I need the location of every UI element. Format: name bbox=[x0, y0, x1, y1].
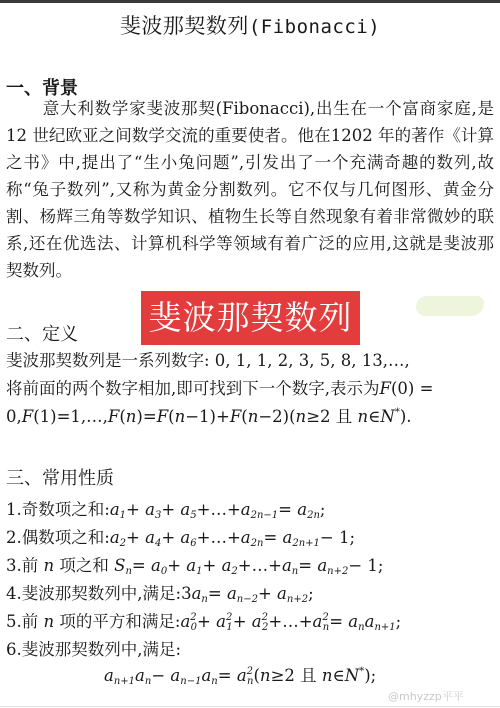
definition-line-3: 0,F(1)=1,…,F(n)=F(n−1)+F(n−2)(n≥2 且 n∈N*… bbox=[6, 403, 412, 427]
background-paragraph: 意大利数学家斐波那契(Fibonacci),出生在一个富商家庭,是12 世纪欧亚… bbox=[6, 95, 494, 284]
background-text: 意大利数学家斐波那契(Fibonacci),出生在一个富商家庭,是12 世纪欧亚… bbox=[6, 99, 494, 280]
top-border bbox=[0, 0, 500, 3]
definition-line-1: 斐波那契数列是一系列数字: 0, 1, 1, 2, 3, 5, 8, 13,…, bbox=[6, 347, 410, 371]
property-5: 5.前 n 项的平方和满足:a20+ a21+ a22+…+a2n= anan+… bbox=[6, 608, 401, 633]
section-heading-definition: 二、定义 bbox=[6, 320, 78, 346]
title-chinese: 斐波那契数列 bbox=[120, 14, 249, 38]
watermark: @mhyzzp平平 bbox=[388, 688, 464, 704]
property-4: 4.斐波那契数列中,满足:3an= an−2+ an+2; bbox=[6, 580, 314, 605]
page-title: 斐波那契数列(Fibonacci) bbox=[0, 10, 500, 40]
property-6-label: 6.斐波那契数列中,满足: bbox=[6, 636, 181, 660]
section-heading-properties: 三、常用性质 bbox=[6, 464, 114, 490]
property-3: 3.前 n 项之和 Sn= a0+ a1+ a2+…+an= an+2− 1; bbox=[6, 552, 384, 577]
property-6-formula: an+1an− an−1an= a2n(n≥2 且 n∈N*); bbox=[104, 662, 376, 687]
title-latin: (Fibonacci) bbox=[249, 16, 380, 38]
highlight-mark bbox=[416, 296, 484, 316]
bottom-border bbox=[0, 706, 500, 707]
definition-line-2: 将前面的两个数字相加,即可找到下一个数字,表示为F(0) = bbox=[6, 375, 433, 399]
property-2: 2.偶数项之和:a2+ a4+ a6+…+a2n= a2n+1− 1; bbox=[6, 524, 355, 549]
title-banner: 斐波那契数列 bbox=[141, 291, 360, 345]
property-1: 1.奇数项之和:a1+ a3+ a5+…+a2n−1= a2n; bbox=[6, 496, 325, 521]
